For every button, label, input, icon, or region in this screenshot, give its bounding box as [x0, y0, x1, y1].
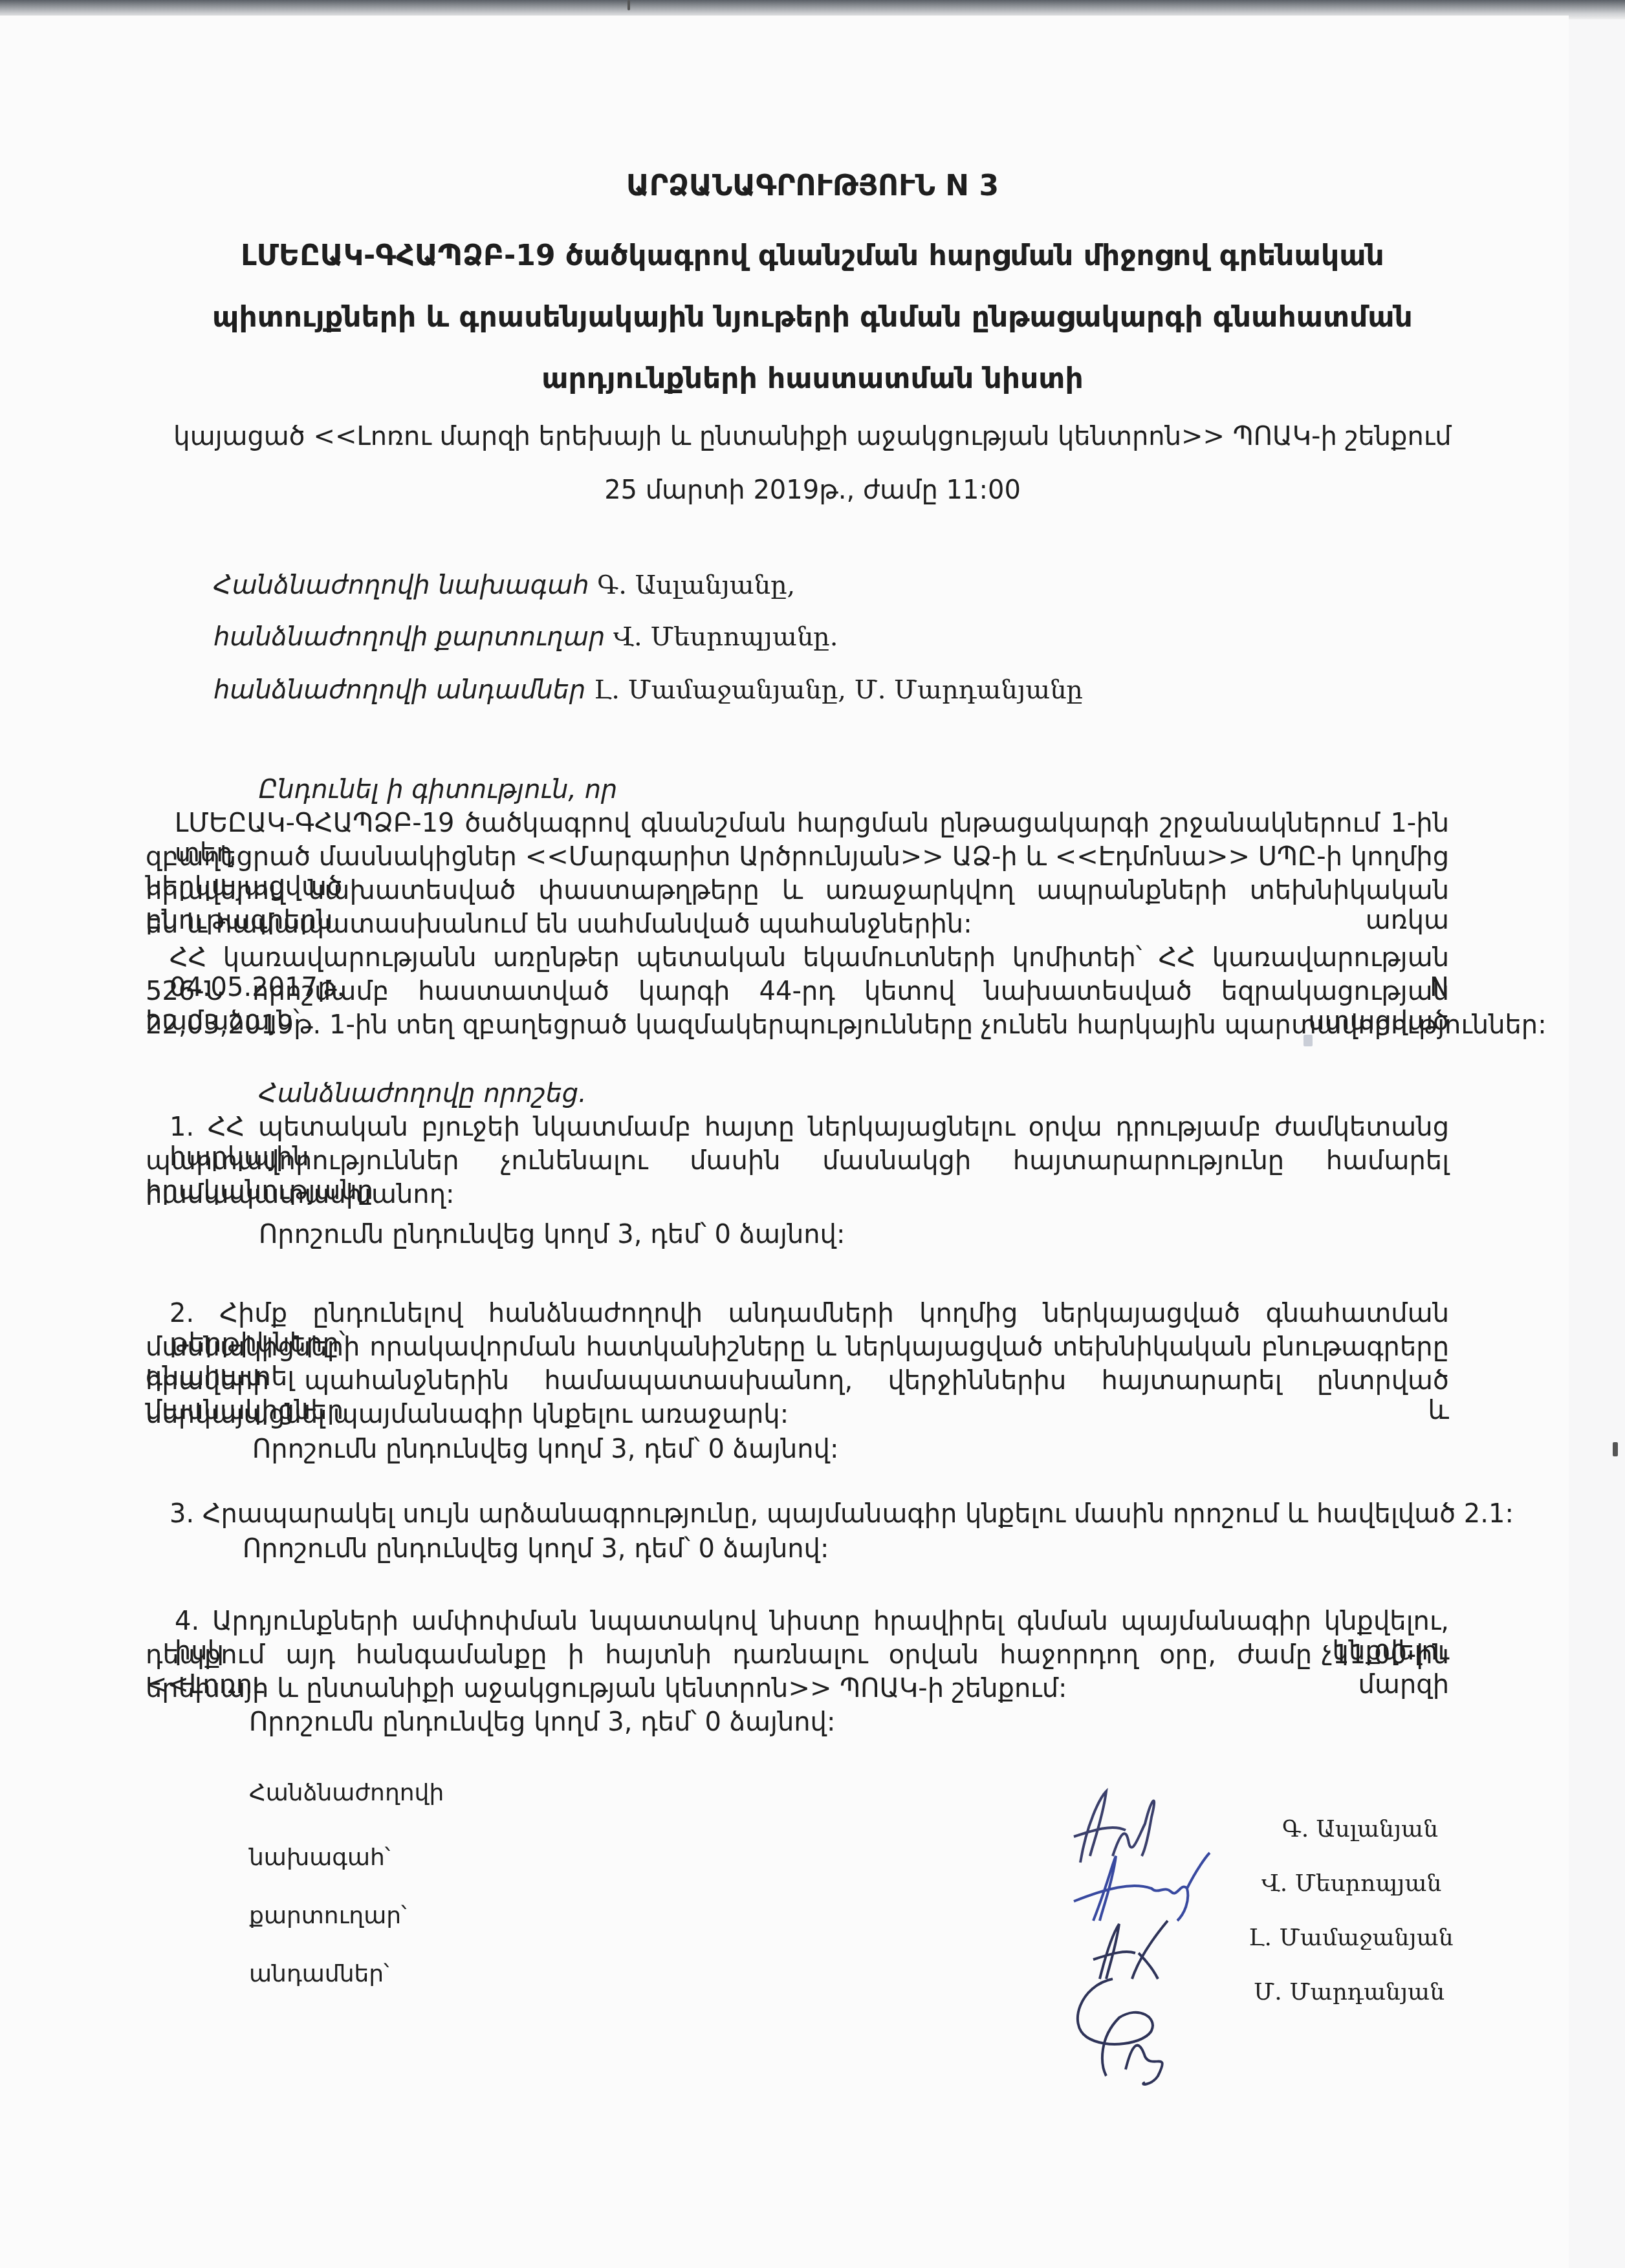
subtitle-line-2: պիտույքների և գրասենյակային նյութերի գնմ…	[0, 301, 1625, 334]
decision-4-vote: Որոշումն ընդունվեց կողմ 3, դեմ՝ 0 ձայնով…	[249, 1707, 835, 1737]
signature-role-members: անդամներ՝	[249, 1961, 389, 1987]
scan-speck	[627, 0, 630, 10]
member-names: Լ. Մամաջանյանը, Մ. Մարդանյանը	[594, 675, 1083, 705]
decision-2-vote: Որոշումն ընդունվեց կողմ 3, դեմ՝ 0 ձայնով…	[252, 1434, 838, 1464]
decision-3-line-1: 3. Հրապարակել սույն արձանագրությունը, պա…	[169, 1499, 1514, 1529]
signature-heading: Հանձնաժողովի	[249, 1780, 444, 1806]
meeting-datetime: 25 մարտի 2019թ., ժամը 11:00	[0, 475, 1625, 505]
commission-chair: Հանձնաժողովի նախագահ Գ. Ասլանյանը,	[213, 570, 795, 600]
commission-secretary: հանձնաժողովի քարտուղար Վ. Մեսրոպյանը.	[213, 622, 838, 652]
committee-line-3: 22,03,2019թ. 1-ին տեղ զբաղեցրած կազմակեր…	[146, 1010, 1547, 1040]
decision-1-line-3: համապատասխանող:	[146, 1180, 455, 1209]
decision-3-vote: Որոշումն ընդունվեց կողմ 3, դեմ՝ 0 ձայնով…	[243, 1534, 829, 1564]
noted-heading: Ընդունել ի գիտություն, որ	[259, 775, 617, 805]
document-title: ԱՐՁԱՆԱԳՐՈՒԹՅՈՒՆ N 3	[0, 169, 1625, 202]
role-label: Հանձնաժողովի նախագահ	[213, 570, 589, 600]
signatory-1: Գ. Ասլանյան	[1282, 1816, 1438, 1842]
signatory-3: Լ. Մամաջանյան	[1249, 1925, 1454, 1951]
signatory-4: Մ. Մարդանյան	[1254, 1979, 1445, 2005]
noted-line-4: են և համապատասխանում են սահմանված պահանջ…	[146, 909, 972, 939]
decision-2-line-4: ներկայացնել պայմանագիր կնքելու առաջարկ:	[146, 1399, 789, 1429]
decision-4-line-3: երեխայի և ընտանիքի աջակցության կենտրոն>>…	[146, 1674, 1067, 1703]
commission-members: հանձնաժողովի անդամներ Լ. Մամաջանյանը, Մ.…	[213, 675, 1083, 705]
decision-1-vote: Որոշումն ընդունվեց կողմ 3, դեմ՝ 0 ձայնով…	[259, 1220, 845, 1249]
subtitle-line-1: ԼՄԵԸԱԿ-ԳՀԱՊՁԲ-19 ծածկագրով գնանշման հարց…	[0, 239, 1625, 272]
subtitle-line-3: արդյունքների հաստատման նիստի	[0, 362, 1625, 395]
scan-speck	[1613, 1442, 1618, 1456]
signature-role-secretary: քարտուղար՝	[249, 1903, 407, 1929]
signature-role-chair: նախագահ՝	[249, 1844, 390, 1871]
role-label: հանձնաժողովի անդամներ	[213, 675, 585, 705]
member-names: Գ. Ասլանյանը,	[597, 570, 795, 600]
signatory-2: Վ. Մեսրոպյան	[1261, 1870, 1441, 1897]
meeting-location: կայացած <<Լոռու մարզի երեխայի և ընտանիքի…	[0, 422, 1625, 451]
role-label: հանձնաժողովի քարտուղար	[213, 622, 605, 652]
member-names: Վ. Մեսրոպյանը.	[613, 622, 838, 652]
scan-speck	[1303, 1035, 1313, 1046]
decided-heading: Հանձնաժողովը որոշեց.	[259, 1079, 587, 1108]
